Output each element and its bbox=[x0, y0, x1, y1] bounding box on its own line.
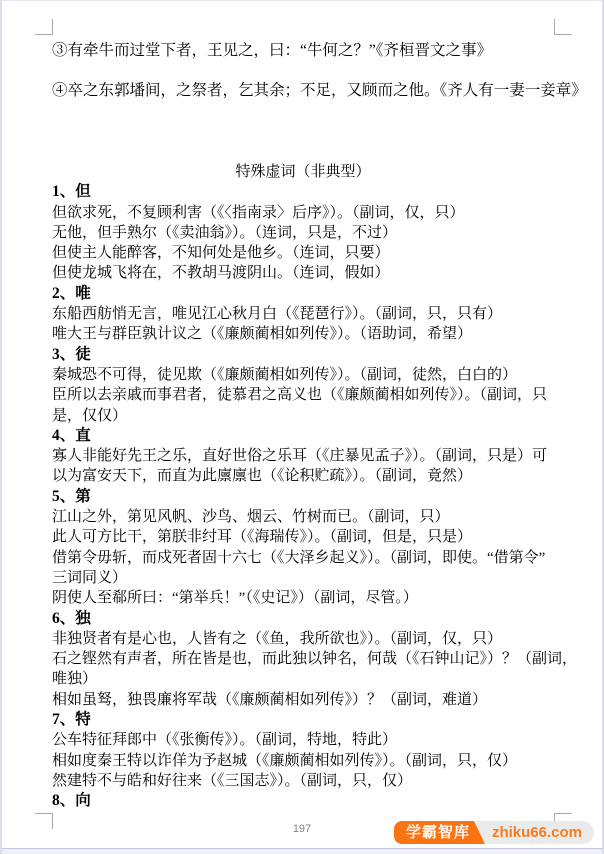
text-line: 东船西舫悄无言，唯见江心秋月白（《琵琶行》）。（副词，只，只有） bbox=[52, 304, 554, 324]
text-line: 唯独） bbox=[52, 669, 554, 689]
section-di: 5、第 江山之外，第见风帆、沙鸟、烟云、竹树而已。（副词，只） 此人可方比干，第… bbox=[52, 487, 554, 609]
section-zhi: 4、直 寡人非能好先王之乐，直好世俗之乐耳（《庄暴见孟子》）。（副词，只是）可 … bbox=[52, 426, 554, 487]
text-line: 公车特征拜郎中（《张衡传》）。（副词，特地，特此） bbox=[52, 730, 554, 750]
example-paragraph: ④卒之东郭墦间，之祭者，乞其余；不足，又顾而之他。《齐人有一妻一妾章》 bbox=[52, 71, 554, 111]
text-line: 相如度秦王特以诈佯为予赵城（《廉颇蔺相如列传》）。（副词，只，仅） bbox=[52, 751, 554, 771]
text-line: 但欲求死，不复顾利害（《〈指南录〉后序》）。（副词，仅，只） bbox=[52, 203, 554, 223]
page-bottom-edge bbox=[2, 848, 602, 854]
watermark-site-pill: zhiku66.com bbox=[474, 821, 594, 844]
text-line: 三词同义） bbox=[52, 568, 554, 588]
section-heading: 7、特 bbox=[52, 710, 554, 730]
text-line: 相如虽驽，独畏廉将军哉（《廉颇蔺相如列传》）？（副词，难道） bbox=[52, 690, 554, 710]
text-line: 臣所以去亲戚而事君者，徒慕君之高义也（《廉颇蔺相如列传》）。（副词，只 bbox=[52, 385, 554, 405]
watermark-logo: 学霸智库 zhiku66.com bbox=[394, 821, 594, 844]
section-heading: 2、唯 bbox=[52, 284, 554, 304]
text-line: 是，仅仅） bbox=[52, 406, 554, 426]
text-line: 唯大王与群臣孰计议之（《廉颇蔺相如列传》）。（语助词，希望） bbox=[52, 324, 554, 344]
section-wei: 2、唯 东船西舫悄无言，唯见江心秋月白（《琵琶行》）。（副词，只，只有） 唯大王… bbox=[52, 284, 554, 345]
section-heading: 4、直 bbox=[52, 426, 554, 446]
section-heading: 8、向 bbox=[52, 791, 554, 811]
text-line: 此人可方比干，第朕非纣耳（《海瑞传》）。（副词，但是，只是） bbox=[52, 527, 554, 547]
section-heading: 5、第 bbox=[52, 487, 554, 507]
text-line: 阴使人至郗所曰：“第举兵！”（《史记》）（副词，尽管。） bbox=[52, 588, 554, 608]
document-body: ③有牵牛而过堂下者，王见之，曰：“牛何之？”《齐桓晋文之事》 ④卒之东郭墦间，之… bbox=[52, 31, 554, 812]
text-line: 石之铿然有声者，所在皆是也，而此独以钟名，何哉（《石钟山记》）？（副词， bbox=[52, 649, 554, 669]
text-line: 江山之外，第见风帆、沙鸟、烟云、竹树而已。（副词，只） bbox=[52, 507, 554, 527]
page-title: 特殊虚词（非典型） bbox=[52, 162, 554, 182]
watermark-brand-badge: 学霸智库 bbox=[394, 821, 474, 844]
section-dan: 1、但 但欲求死，不复顾利害（《〈指南录〉后序》）。（副词，仅，只） 无他，但手… bbox=[52, 182, 554, 283]
text-line: 但使主人能醉客，不知何处是他乡。（连词，只要） bbox=[52, 243, 554, 263]
text-boundary-mark-top-right bbox=[554, 19, 572, 35]
section-tu: 3、徒 秦城恐不可得，徒见欺（《廉颇蔺相如列传》）。（副词，徒然，白白的） 臣所… bbox=[52, 345, 554, 426]
example-paragraph: ③有牵牛而过堂下者，王见之，曰：“牛何之？”《齐桓晋文之事》 bbox=[52, 31, 554, 71]
section-xiang: 8、向 bbox=[52, 791, 554, 811]
text-line: 秦城恐不可得，徒见欺（《廉颇蔺相如列传》）。（副词，徒然，白白的） bbox=[52, 365, 554, 385]
text-line: 然建特不与皓和好往来（《三国志》）。（副词，只，仅） bbox=[52, 771, 554, 791]
section-heading: 3、徒 bbox=[52, 345, 554, 365]
section-heading: 1、但 bbox=[52, 182, 554, 202]
text-line: 但使龙城飞将在，不教胡马渡阴山。（连词，假如） bbox=[52, 263, 554, 283]
text-line: 借第令毋斩，而戍死者固十六七（《大泽乡起义》）。（副词，即使。“借第令” bbox=[52, 548, 554, 568]
section-te: 7、特 公车特征拜郎中（《张衡传》）。（副词，特地，特此） 相如度秦王特以诈佯为… bbox=[52, 710, 554, 791]
text-line: 以为富安天下，而直为此廪廪也（《论积贮疏》）。（副词，竟然） bbox=[52, 466, 554, 486]
section-heading: 6、独 bbox=[52, 609, 554, 629]
text-line: 寡人非能好先王之乐，直好世俗之乐耳（《庄暴见孟子》）。（副词，只是）可 bbox=[52, 446, 554, 466]
text-line: 非独贤者有是心也，人皆有之（《鱼，我所欲也》）。（副词，仅，只） bbox=[52, 629, 554, 649]
text-boundary-mark-top-left bbox=[35, 19, 53, 35]
document-page: ③有牵牛而过堂下者，王见之，曰：“牛何之？”《齐桓晋文之事》 ④卒之东郭墦间，之… bbox=[0, 0, 604, 854]
section-du: 6、独 非独贤者有是心也，人皆有之（《鱼，我所欲也》）。（副词，仅，只） 石之铿… bbox=[52, 609, 554, 710]
text-line: 无他，但手熟尔（《卖油翁》）。（连词，只是，不过） bbox=[52, 223, 554, 243]
